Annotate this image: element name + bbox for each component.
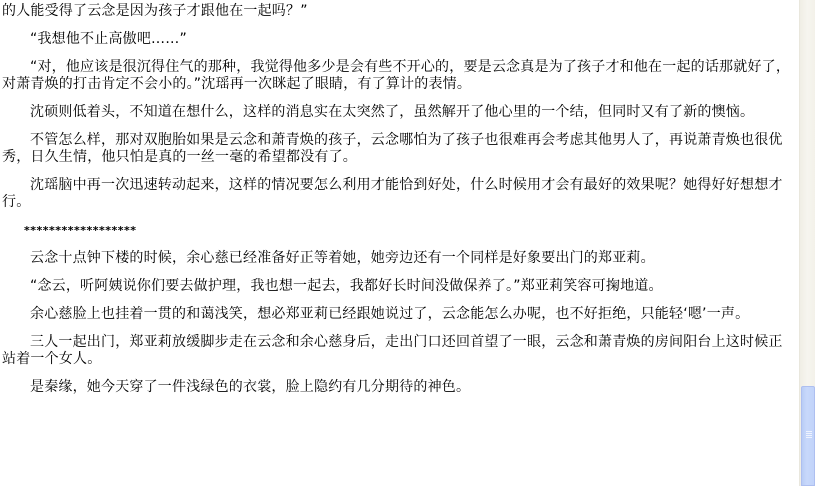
paragraph: “对，他应该是很沉得住气的那种，我觉得他多少是会有些不开心的，要是云念真是为了孩…: [2, 59, 792, 93]
paragraph: 余心慈脸上也挂着一贯的和蔼浅笑，想必郑亚莉已经跟她说过了，云念能怎么办呢，也不好…: [2, 306, 792, 323]
paragraph: “念云，听阿姨说你们要去做护理，我也想一起去，我都好长时间没做保养了。”郑亚莉笑…: [2, 278, 792, 295]
paragraph: 是秦缘，她今天穿了一件浅绿色的衣裳，脸上隐约有几分期待的神色。: [2, 379, 792, 396]
vertical-scrollbar[interactable]: [799, 0, 815, 486]
paragraph-continuation: 的人能受得了云念是因为孩子才跟他在一起吗？”: [2, 3, 792, 20]
paragraph: 不管怎么样，那对双胞胎如果是云念和萧青焕的孩子，云念哪怕为了孩子也很难再会考虑其…: [2, 132, 792, 166]
grip-lines-icon: [806, 431, 812, 439]
paragraph: 三人一起出门，郑亚莉放缓脚步走在云念和余心慈身后，走出门口还回首望了一眼，云念和…: [2, 334, 792, 368]
scrollbar-thumb[interactable]: [801, 386, 815, 486]
document-viewport: 的人能受得了云念是因为孩子才跟他在一起吗？” “我想他不止高傲吧……” “对，他…: [0, 0, 799, 486]
paragraph: 沈瑶脑中再一次迅速转动起来，这样的情况要怎么利用才能恰到好处，什么时候用才会有最…: [2, 177, 792, 211]
paragraph: 云念十点钟下楼的时候，余心慈已经准备好正等着她，她旁边还有一个同样是好象要出门的…: [2, 250, 792, 267]
paragraph: 沈硕则低着头，不知道在想什么，这样的消息实在太突然了，虽然解开了他心里的一个结，…: [2, 104, 792, 121]
document-content: 的人能受得了云念是因为孩子才跟他在一起吗？” “我想他不止高傲吧……” “对，他…: [2, 0, 792, 407]
paragraph: “我想他不止高傲吧……”: [2, 31, 792, 48]
section-divider: ******************: [2, 222, 792, 239]
